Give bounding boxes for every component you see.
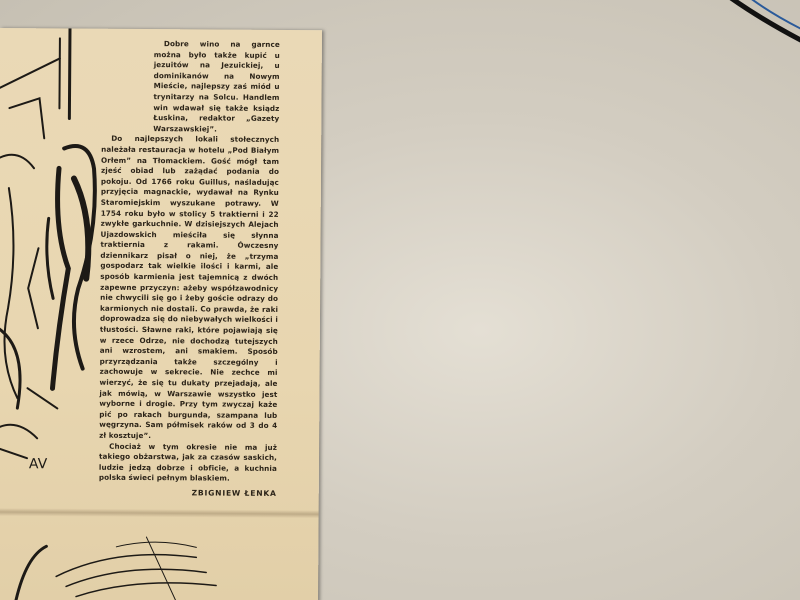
artist-signature: AV [29,456,48,472]
cable-icon [700,0,800,70]
author-signature: ZBIGNIEW ŁENKA [99,488,277,500]
article-column: Dobre wino na garnce można było także ku… [99,39,280,500]
ink-sketch-bottom [0,516,297,600]
paragraph-2: Do najlepszych lokali stołecznych należa… [99,134,279,442]
paragraph-1: Dobre wino na garnce można było także ku… [153,39,280,135]
newspaper-clipping: AV Dobre wino na garnce można było także… [0,28,322,600]
paragraph-3: Chociaż w tym okresie nie ma już takiego… [99,441,277,485]
